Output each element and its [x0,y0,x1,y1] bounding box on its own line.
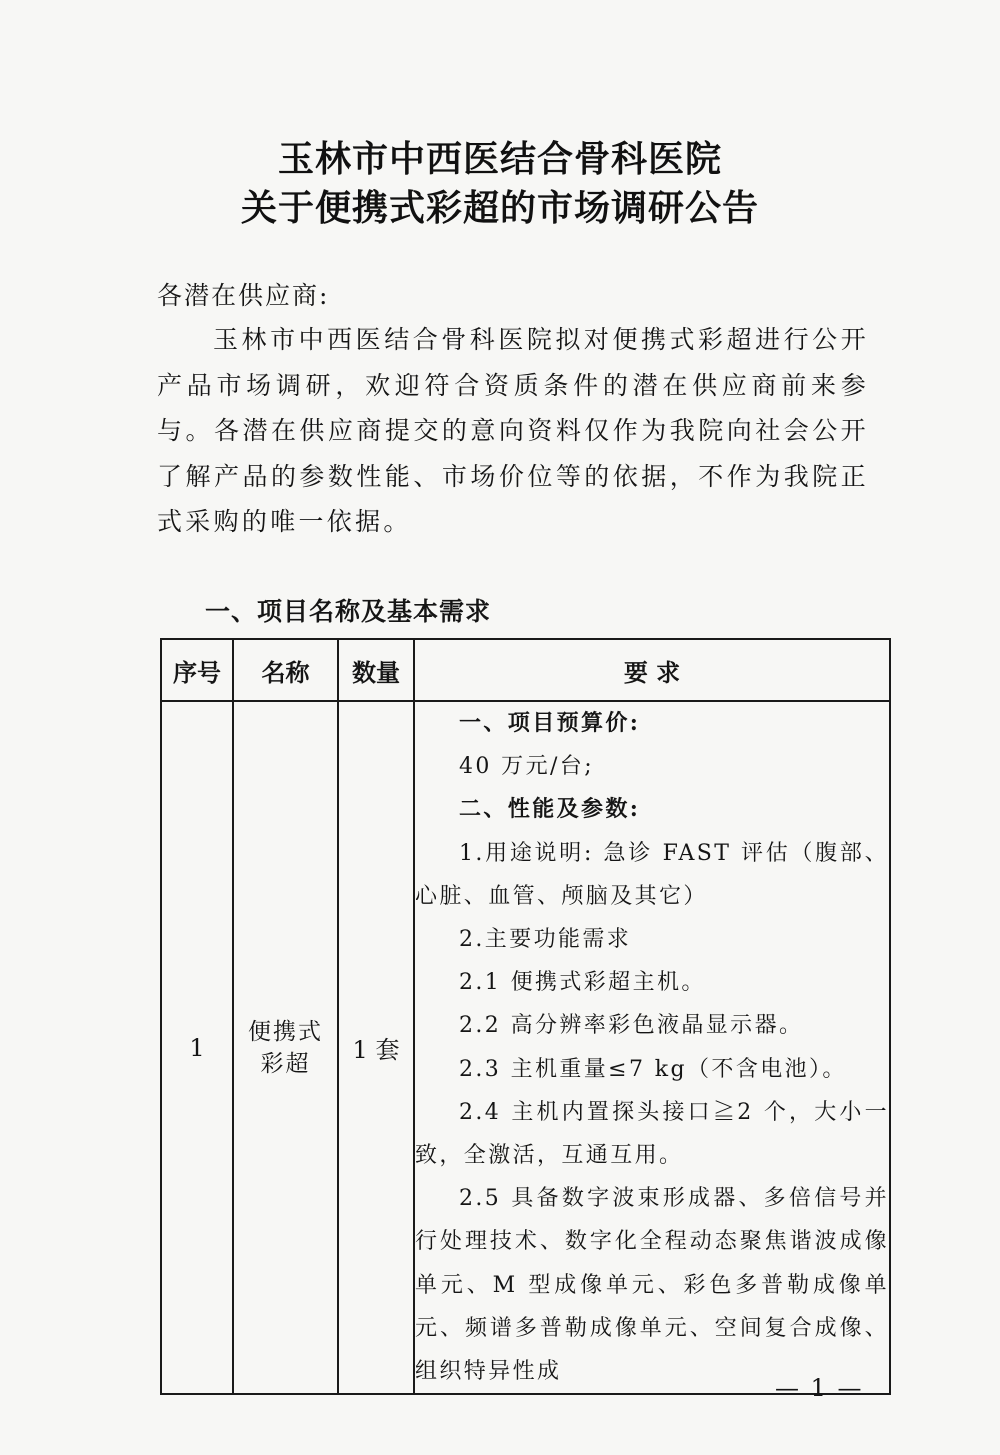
requirement-item: 2.1 便携式彩超主机。 [415,961,889,1004]
requirement-item: 2.4 主机内置探头接口≧2 个，大小一致，全激活，互通互用。 [415,1091,889,1177]
document-page: 玉林市中西医结合骨科医院 关于便携式彩超的市场调研公告 各潜在供应商: 玉林市中… [0,0,1000,1455]
requirements-table: 序号 名称 数量 要 求 1 便携式 彩超 1 套 一、项目预算价: 40 万元… [160,638,891,1395]
header-requirements: 要 求 [414,639,890,701]
document-title-line1: 玉林市中西医结合骨科医院 [0,131,1000,182]
table-header-row: 序号 名称 数量 要 求 [161,639,890,701]
document-title-line2: 关于便携式彩超的市场调研公告 [0,180,1000,231]
item-name-line2: 彩超 [234,1048,337,1080]
requirement-item: 2.主要功能需求 [415,918,889,961]
cell-requirements: 一、项目预算价: 40 万元/台; 二、性能及参数: 1.用途说明: 急诊 FA… [414,701,890,1394]
header-quantity: 数量 [338,639,414,701]
cell-quantity: 1 套 [338,701,414,1394]
requirement-specs-heading: 二、性能及参数: [415,788,889,831]
requirement-budget-heading: 一、项目预算价: [415,702,889,745]
page-number: — 1 — [775,1374,864,1402]
intro-paragraph: 玉林市中西医结合骨科医院拟对便携式彩超进行公开产品市场调研，欢迎符合资质条件的潜… [157,317,869,545]
table-row: 1 便携式 彩超 1 套 一、项目预算价: 40 万元/台; 二、性能及参数: … [161,701,890,1394]
item-name-line1: 便携式 [234,1016,337,1048]
requirement-item: 1.用途说明: 急诊 FAST 评估（腹部、心脏、血管、颅脑及其它） [415,832,889,918]
salutation: 各潜在供应商: [157,276,329,312]
requirement-item: 2.2 高分辨率彩色液晶显示器。 [415,1004,889,1047]
header-name: 名称 [233,639,338,701]
requirement-item: 2.5 具备数字波束形成器、多倍信号并行处理技术、数字化全程动态聚焦谐波成像单元… [415,1177,889,1393]
requirement-item: 2.3 主机重量≤7 kg（不含电池）。 [415,1048,889,1091]
cell-serial-number: 1 [161,701,233,1394]
header-serial-number: 序号 [161,639,233,701]
cell-item-name: 便携式 彩超 [233,701,338,1394]
requirement-budget-value: 40 万元/台; [415,745,889,788]
section-heading: 一、项目名称及基本需求 [205,592,491,628]
